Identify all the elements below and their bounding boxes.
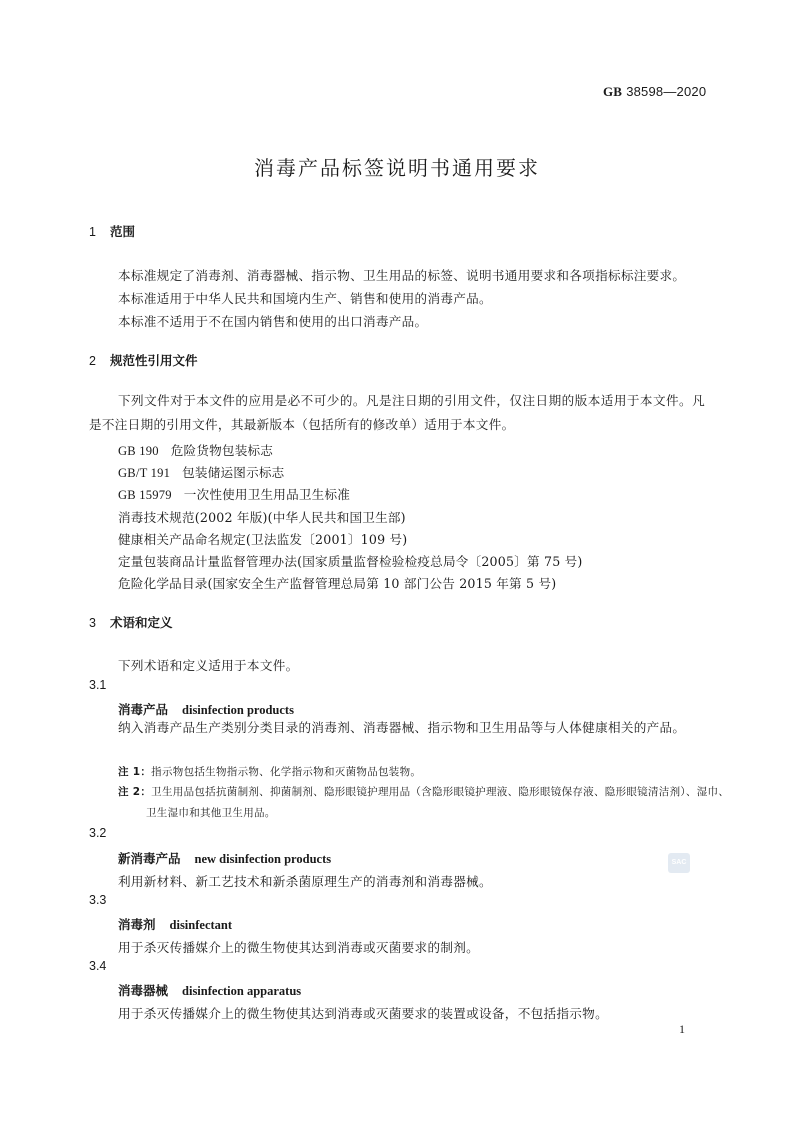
clause-number: 3.1 [89,678,106,692]
term-note: 注 1：指示物包括生物指示物、化学指示物和灭菌物品包装物。 [118,762,734,783]
term-heading: 新消毒产品new disinfection products [118,849,331,867]
section-3-intro: 下列术语和定义适用于本文件。 [118,655,299,674]
term-definition: 纳入消毒产品生产类别分类目录的消毒剂、消毒器械、指示物和卫生用品等与人体健康相关… [89,716,705,740]
watermark-logo: SAC [668,853,690,873]
term-definition: 用于杀灭传播媒介上的微生物使其达到消毒或灭菌要求的制剂。 [118,937,479,956]
section-1-heading: 1范围 [89,222,135,240]
reference-item: 定量包装商品计量监督管理办法(国家质量监督检验检疫总局令〔2005〕第 75 号… [118,551,583,570]
term-note: 注 2：卫生用品包括抗菌制剂、抑菌制剂、隐形眼镜护理用品（含隐形眼镜护理液、隐形… [118,782,734,824]
reference-item: GB/T 191包装储运图示标志 [118,462,284,481]
document-title: 消毒产品标签说明书通用要求 [0,152,794,181]
section-1-para-1: 本标准规定了消毒剂、消毒器械、指示物、卫生用品的标签、说明书通用要求和各项指标标… [118,265,685,284]
section-1-para-2: 本标准适用于中华人民共和国境内生产、销售和使用的消毒产品。 [118,288,492,307]
section-2-heading: 2规范性引用文件 [89,351,197,369]
page-number: 1 [679,1022,685,1037]
reference-item: GB 190危险货物包装标志 [118,440,273,459]
standard-prefix: GB [603,84,622,99]
reference-item: 危险化学品目录(国家安全生产监督管理总局第 10 部门公告 2015 年第 5 … [118,573,556,592]
term-definition: 利用新材料、新工艺技术和新杀菌原理生产的消毒剂和消毒器械。 [118,871,492,890]
section-1-para-3: 本标准不适用于不在国内销售和使用的出口消毒产品。 [118,311,427,330]
clause-number: 3.4 [89,959,106,973]
term-heading: 消毒器械disinfection apparatus [118,981,301,999]
reference-item: 消毒技术规范(2002 年版)(中华人民共和国卫生部) [118,507,406,526]
reference-item: 健康相关产品命名规定(卫法监发〔2001〕109 号) [118,529,407,548]
term-heading: 消毒剂disinfectant [118,915,232,933]
section-2-intro: 下列文件对于本文件的应用是必不可少的。凡是注日期的引用文件，仅注日期的版本适用于… [89,389,705,437]
clause-number: 3.2 [89,826,106,840]
reference-item: GB 15979一次性使用卫生用品卫生标准 [118,484,350,503]
section-3-heading: 3术语和定义 [89,613,172,631]
term-definition: 用于杀灭传播媒介上的微生物使其达到消毒或灭菌要求的装置或设备，不包括指示物。 [118,1003,608,1022]
clause-number: 3.3 [89,893,106,907]
standard-code: GB38598—2020 [603,84,706,100]
standard-number: 38598—2020 [626,84,706,99]
